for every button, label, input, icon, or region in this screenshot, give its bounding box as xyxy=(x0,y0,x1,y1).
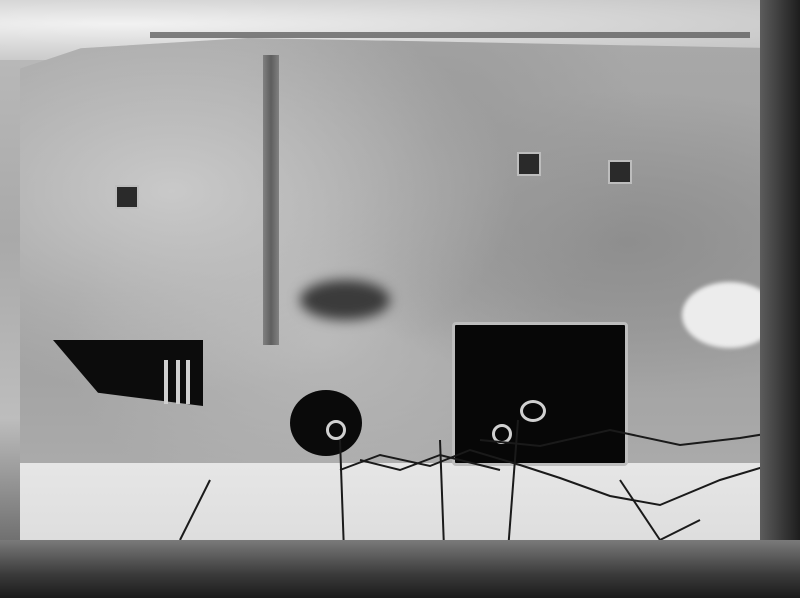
photo-scene xyxy=(0,0,800,598)
barbed-wire xyxy=(0,0,800,598)
tree-trunk xyxy=(760,0,800,598)
undergrowth xyxy=(0,540,800,598)
